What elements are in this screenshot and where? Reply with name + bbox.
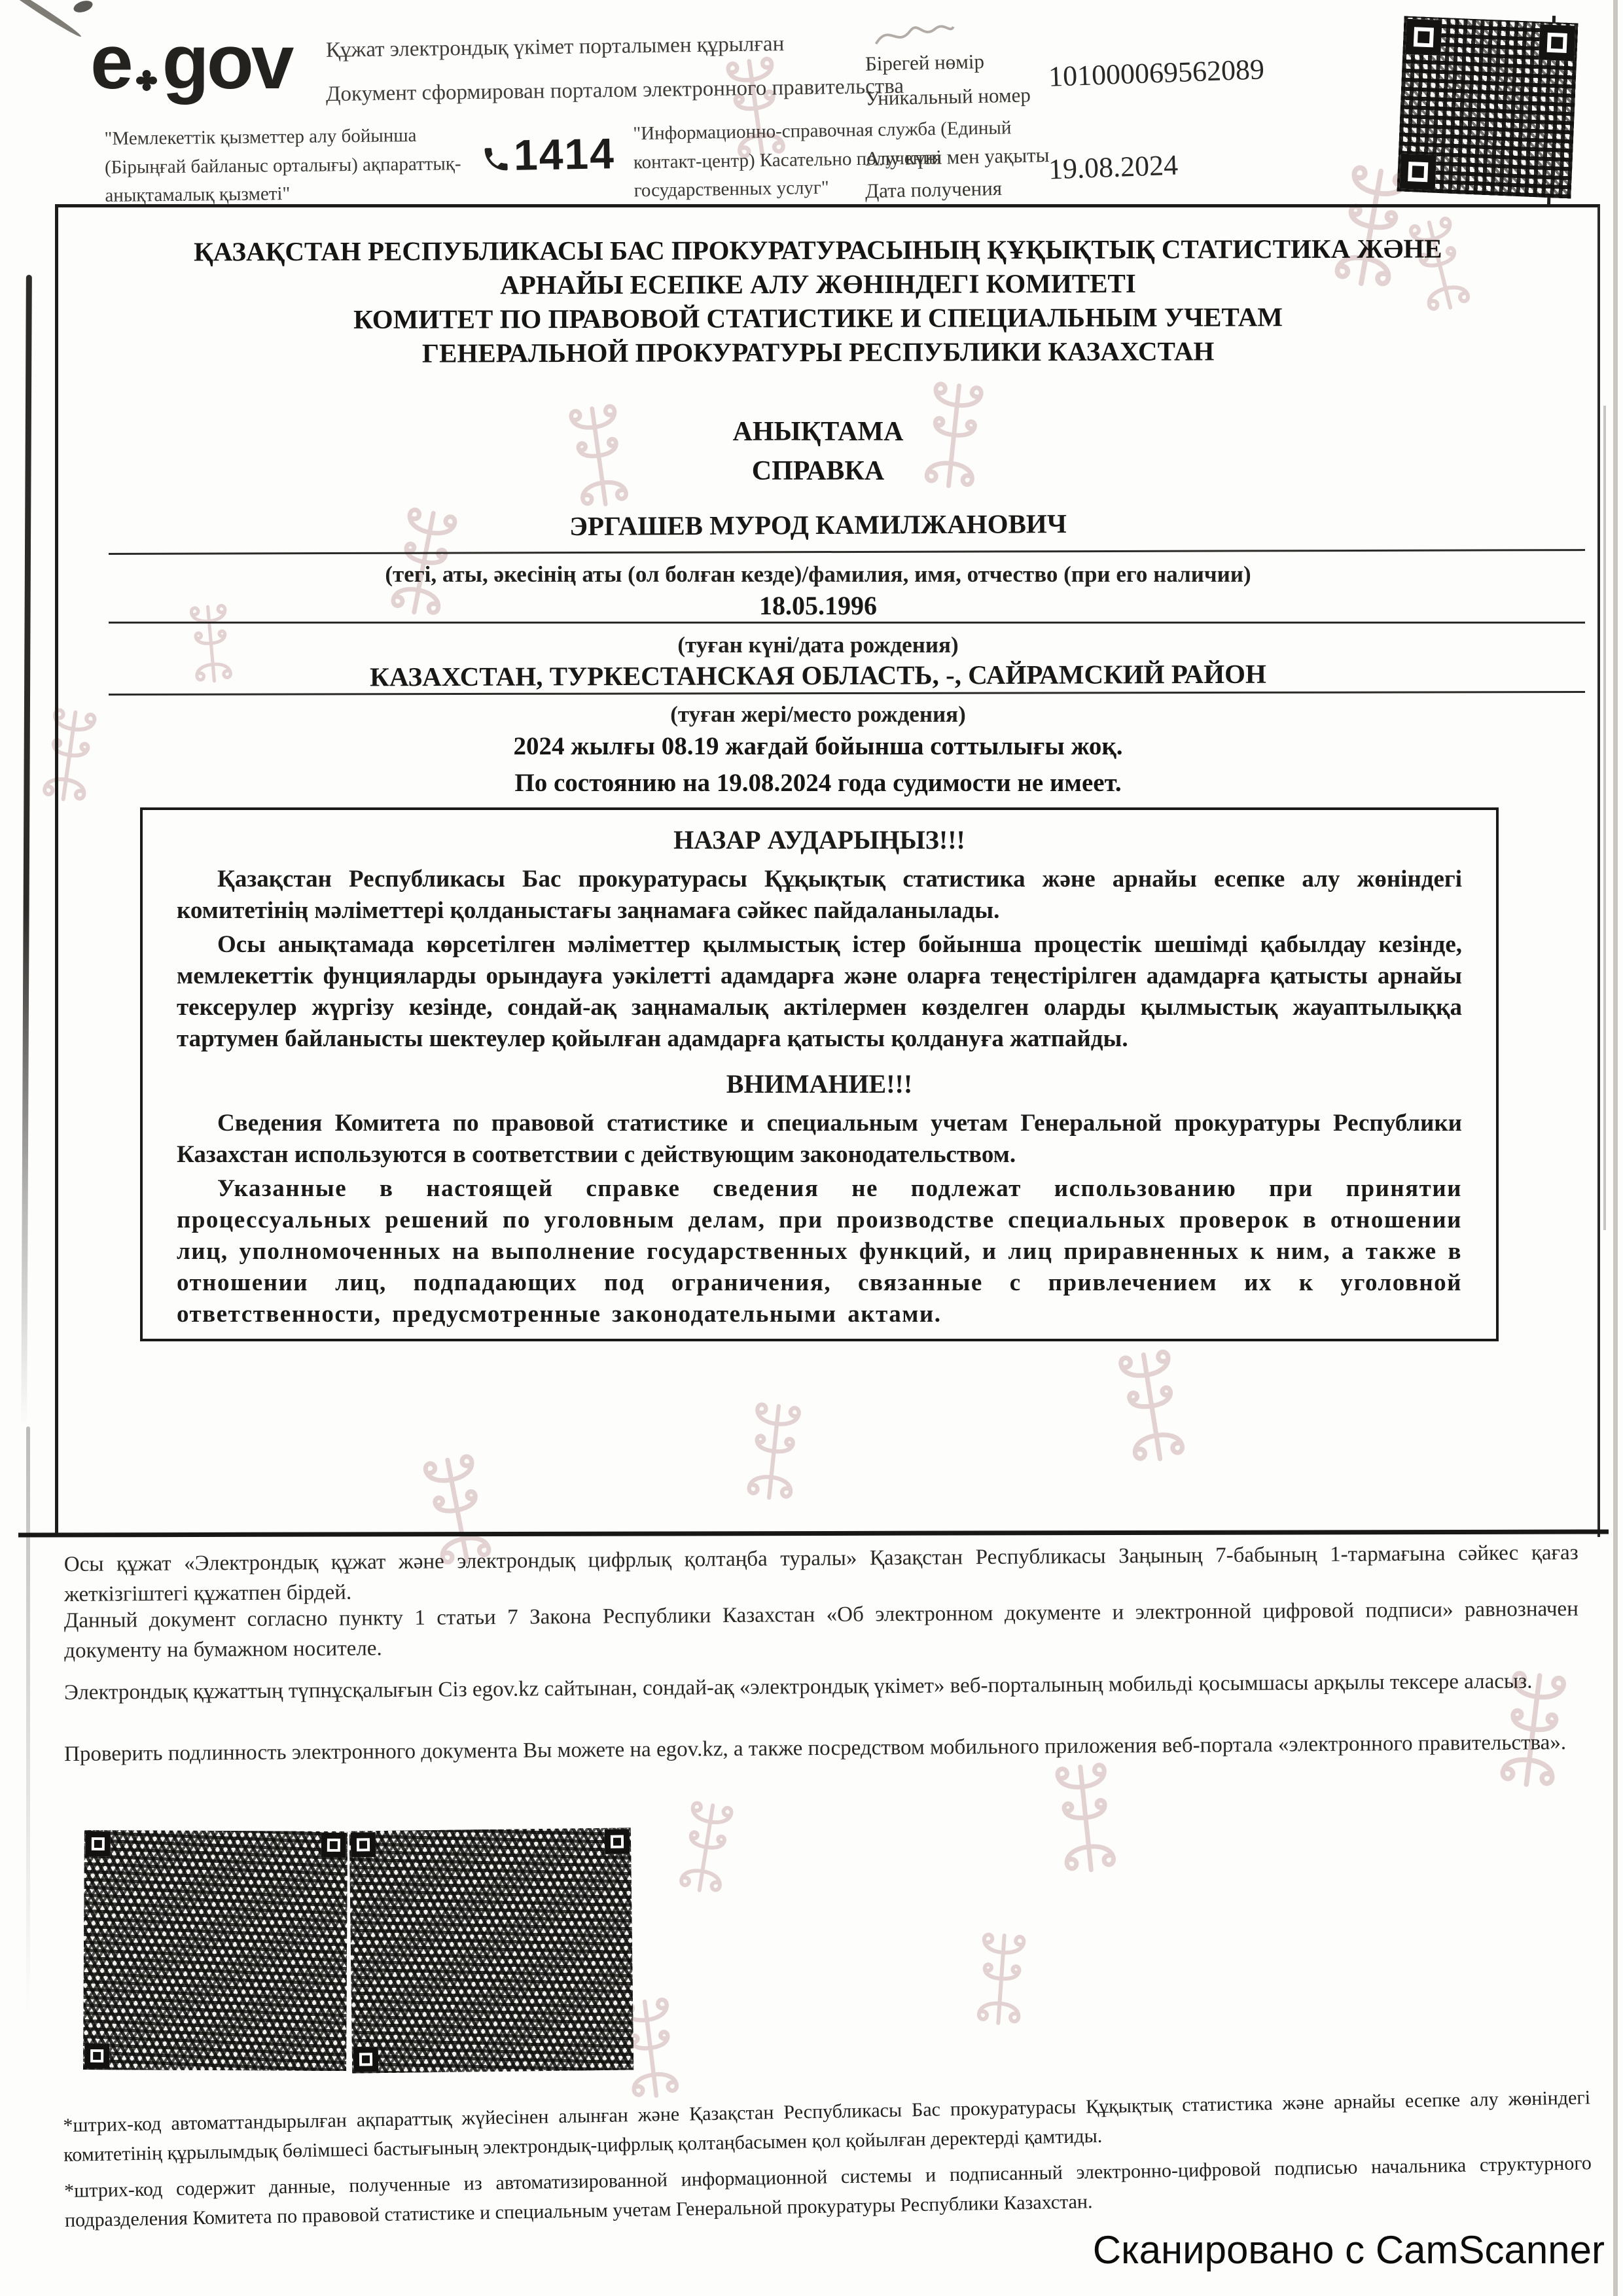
barcode-finder-icon — [321, 1833, 346, 1858]
document-footer: Осы құжат «Электрондық құжат және электр… — [0, 0, 1623, 2296]
camscanner-credit: Сканировано с CamScanner — [1093, 2227, 1605, 2272]
barcode-footnotes: *штрих-код автоматтандырылған ақпараттық… — [63, 2083, 1592, 2242]
barcode-finder-icon — [351, 1832, 376, 1857]
scanned-certificate-page: egov Құжат электрондық үкімет порталымен… — [0, 0, 1623, 2296]
barcode-finder-icon — [605, 1829, 630, 1854]
signature-barcode-right — [349, 1828, 633, 2073]
barcode-finder-icon — [84, 2043, 109, 2068]
verify-note-kk: Электрондық құжаттың түпнұсқалығын Сіз e… — [64, 1667, 1578, 1708]
legal-note-ru: Данный документ согласно пункту 1 статьи… — [64, 1595, 1579, 1666]
barcode-finder-icon — [86, 1831, 111, 1856]
barcode-finder-icon — [353, 2047, 378, 2072]
signature-barcode-left — [83, 1830, 348, 2071]
verify-note-ru: Проверить подлинность электронного докум… — [64, 1728, 1578, 1770]
